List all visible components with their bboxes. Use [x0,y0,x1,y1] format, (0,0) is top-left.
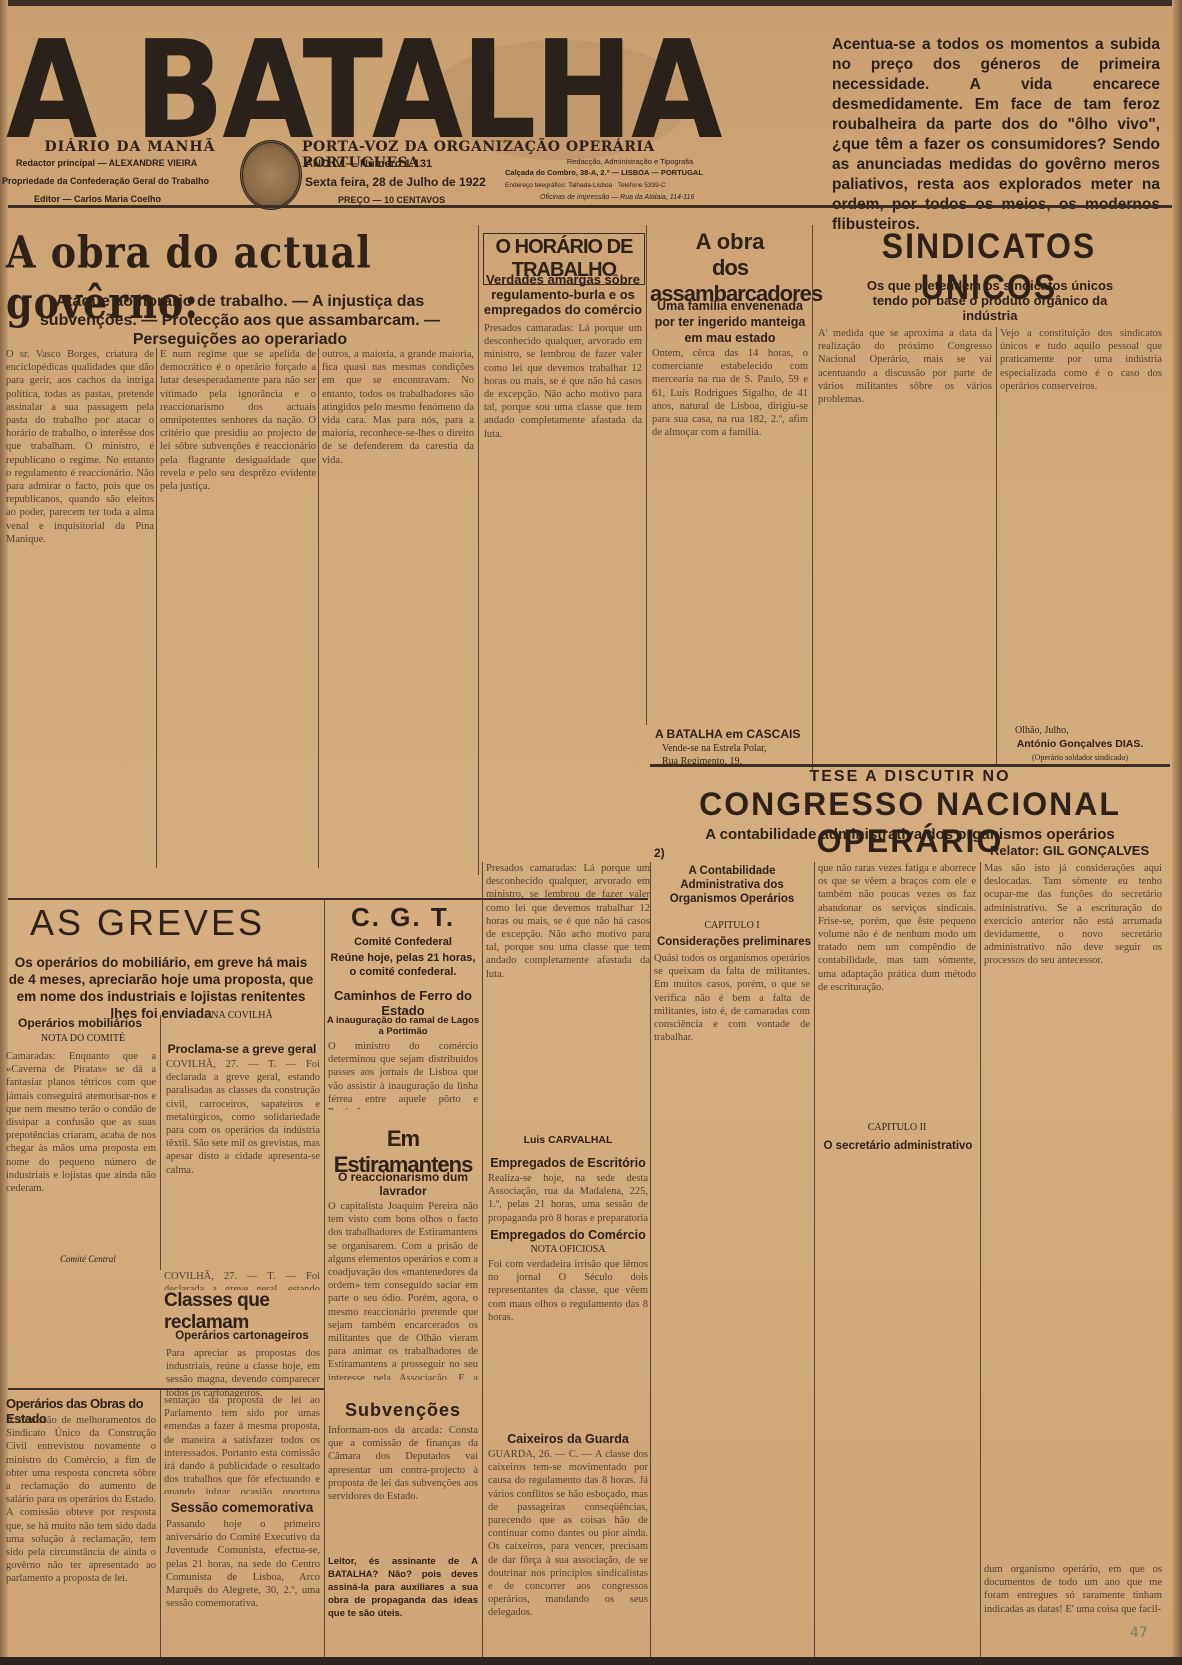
congresso-col1: Quási todos os organismos operários se q… [654,952,810,1657]
publisher-line: Editor — Carlos Maria Coelho [34,194,234,204]
sessao-headline: Sessão comemorativa [164,1500,320,1515]
column-rule [646,225,647,725]
sindicatos-col2: Vejo a constituição dos sindicatos único… [1000,327,1162,727]
issue-price: PREÇO — 10 CENTAVOS [338,195,498,205]
congresso-chapter1-title: Considerações preliminares [654,936,814,948]
horario-deck: Verdades amargas sôbre regulamento-burla… [483,272,643,317]
office-address: Calçada do Combro, 38-A, 2.º — LISBOA — … [505,168,765,177]
scan-edge-bottom [0,1657,1182,1665]
congresso-section-title: A Contabilidade Administrativa dos Organ… [654,864,810,906]
congresso-kicker: TESE A DISCUTIR NO [650,768,1170,786]
sindicatos-signoff-role: (Operário soldador sindicado) [1000,752,1160,763]
assambarcadores-headline-top: A obra [650,229,810,255]
sindicatos-signoff-name: António Gonçalves DIAS. [1000,738,1160,750]
greves-headline: AS GREVES [30,902,320,944]
mobiliarios-body: Camaradas: Enquanto que a «Caverna de Pi… [6,1050,156,1250]
escritorio-body: Realiza-se hoje, na sede desta Associaçã… [488,1172,648,1226]
comercio-sub: NOTA OFICIOSA [486,1244,650,1255]
congresso-col2: que não raras vezes fatiga e aborrece os… [818,862,976,1102]
covilha-continued: COVILHÃ, 27. — T. — Foi declarada a grev… [164,1270,320,1290]
congresso-col3-end: dum organismo operário, em que os docume… [984,1563,1162,1619]
ownership-line: Propriedade da Confederação Geral do Tra… [2,176,232,186]
section-rule [8,1388,324,1390]
governo-col3: outros, a maioria, a grande maioria, fic… [322,348,474,878]
assambarcadores-deck: Uma família envenenada por ter ingerido … [650,298,810,346]
subvencoes-headline: Subvenções [328,1400,478,1421]
obras-col2: sentação da proposta de lei ao Parlament… [164,1394,320,1494]
column-rule [160,1390,161,1657]
column-rule [324,900,325,1657]
masthead-rule [8,205,1172,208]
governo-col1: O sr. Vasco Borges, criatura de enciclop… [6,348,154,878]
mobiliarios-signoff: Comité Central [60,1254,160,1264]
horario-continued: Presados camaradas: Lá porque um desconh… [486,862,650,1112]
classes-sub: Operários cartonageiros [164,1330,320,1342]
telegraph-line: Endereço telegráfico: Talhada-Lisboa · T… [505,182,765,189]
congresso-deck: A contabilidade administrativa dos organ… [650,826,1170,843]
scan-edge-top [0,0,1182,6]
section-rule [650,764,1170,767]
subvencoes-body: Informam-nos da arcada: Consta que a com… [328,1424,478,1544]
reader-subscription-box: Leitor, és assinante de A BATALHA? Não? … [328,1555,478,1620]
horario-body: Presados camaradas: Lá porque um desconh… [484,322,642,882]
governo-col2: E num regime que se apelida de democráti… [160,348,316,878]
column-rule [980,862,981,1657]
scan-edge-right [1172,0,1182,1665]
cgt-body: Reúne hoje, pelas 21 horas, o comité con… [328,951,478,979]
covilha-place: NA COVILHÃ [164,1010,320,1021]
congresso-rapporteur: Relator: GIL GONÇALVES [990,843,1170,858]
sindicatos-col1: A' medida que se aproxima a data da real… [818,327,992,727]
mobiliarios-sub: NOTA DO COMITÉ [8,1033,158,1044]
column-rule [318,348,319,868]
column-rule [650,862,651,1657]
mobiliarios-title: Operários mobiliários [18,1016,168,1030]
estiramantens-deck: O reaccionarismo dum lavrador [328,1170,478,1198]
covilha-body: COVILHÃ, 27. — T. — Foi declarada a grev… [166,1058,320,1258]
rail-deck: A inauguração do ramal de Lagos a Portim… [326,1015,480,1037]
caixeiros-body: GUARDA, 26. — C. — A classe dos caixeiro… [488,1448,648,1658]
column-rule [996,327,997,767]
column-rule [814,862,815,1657]
rail-body: O ministro do comércio determinou que se… [328,1040,478,1110]
editor-chief: Redactor principal — ALEXANDRE VIEIRA [16,158,226,168]
column-rule [478,225,479,875]
issue-number: ANO IV — Número 1.131 [305,158,465,170]
cgt-headline: C. G. T. [328,902,478,933]
cascais-title: A BATALHA em CASCAIS [655,727,805,741]
masthead-title: A BATALHA [6,22,746,158]
comercio-title: Empregados do Comércio [486,1228,650,1242]
print-office: Oficinas de impressão — Rua da Atalaia, … [540,194,770,201]
classes-headline: Classes que reclamam [164,1290,320,1334]
escritorio-title: Empregados de Escritório [486,1156,650,1170]
comercio-body: Foi com verdadeira irrisão que lêmos no … [488,1258,648,1428]
masthead-subtitle: DIÁRIO DA MANHÃ [40,139,220,155]
congresso-chapter1: CAPITULO I [654,920,810,931]
office-label: Redacção, Administração e Tipografia [505,157,755,166]
obras-body: A comissão de melhoramentos do Sindicato… [6,1414,156,1659]
handwritten-page-number: 47 [1130,1625,1148,1641]
column-rule [160,1015,161,1270]
sindicatos-deck: Os que pretendem os sindicatos únicos te… [850,278,1130,323]
caixeiros-title: Caixeiros da Guarda [486,1432,650,1446]
column-rule [156,348,157,868]
governo-deck: Ataque ao horário de trabalho. — A injus… [30,292,450,349]
assambarcadores-body: Ontem, cêrca das 14 horas, o comerciante… [652,347,808,722]
cgt-sub: Comité Confederal [328,936,478,948]
column-rule [482,862,483,1657]
congresso-col3: Mas são isto já considerações aqui deslo… [984,862,1162,1552]
cgt-seal-emblem [240,140,302,210]
sessao-body: Passando hoje o primeiro aniversário do … [166,1518,320,1658]
congresso-chapter2-title: O secretário administrativo [818,1140,978,1152]
rail-title: Caminhos de Ferro do Estado [326,988,480,1018]
cascais-line1: Vende-se na Estrela Polar, [662,742,812,755]
covilha-title: Proclama-se a greve geral [164,1042,320,1056]
congresso-section-num: 2) [654,846,694,860]
estiramantens-body: O capitalista Joaquim Pereira não tem vi… [328,1200,478,1380]
escritorio-signoff: Luis CARVALHAL [486,1134,650,1146]
sindicatos-signoff-place: Olhão, Julho, [1015,724,1155,737]
column-rule [812,225,813,770]
congresso-chapter2: CAPITULO II [818,1122,976,1133]
